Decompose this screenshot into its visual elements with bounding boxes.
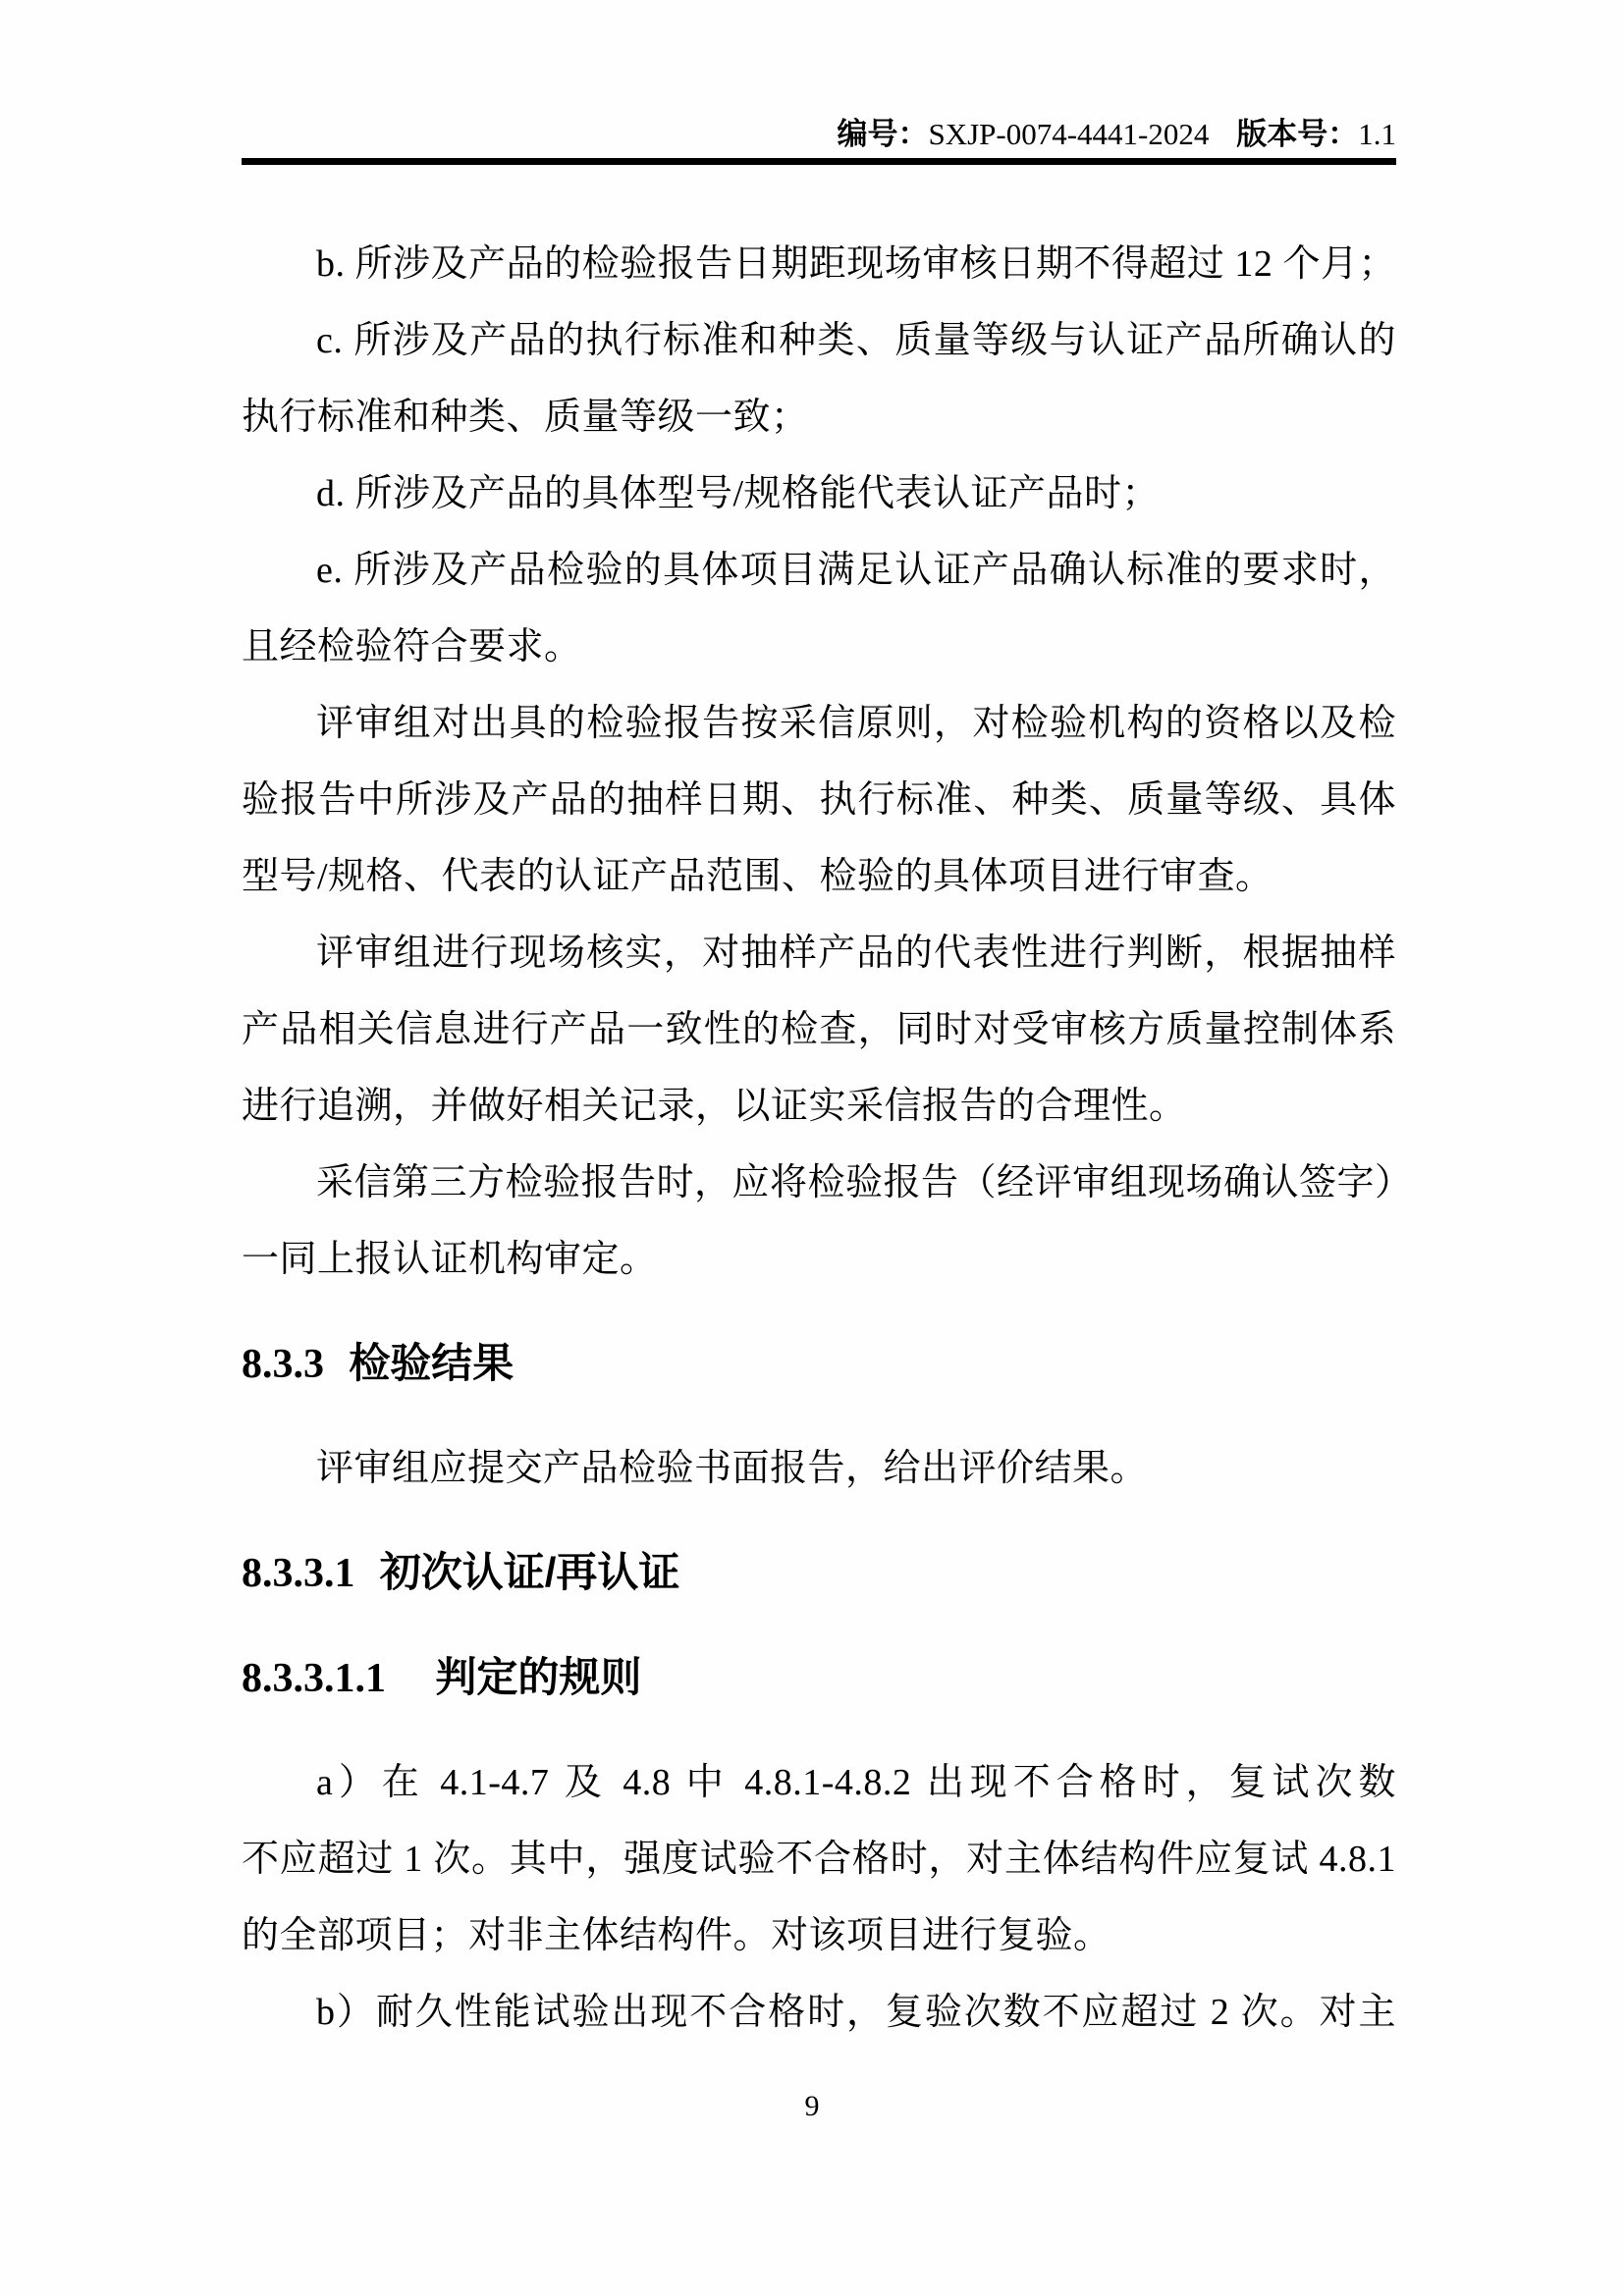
body-line-item-c-1: c. 所涉及产品的执行标准和种类、质量等级与认证产品所确认的: [242, 302, 1396, 379]
heading-number: 8.3.3.1: [242, 1551, 355, 1596]
doc-number-value: SXJP-0074-4441-2024: [928, 117, 1209, 151]
header-rule: [242, 158, 1396, 165]
body-line-review-1: 评审组对出具的检验报告按采信原则，对检验机构的资格以及检: [242, 685, 1396, 762]
body-line-onsite-1: 评审组进行现场核实，对抽样产品的代表性进行判断，根据抽样: [242, 915, 1396, 991]
document-body: b. 所涉及产品的检验报告日期距现场审核日期不得超过 12 个月； c. 所涉及…: [242, 226, 1396, 2051]
heading-number: 8.3.3.1.1: [242, 1656, 386, 1701]
heading-title: 初次认证/再认证: [380, 1549, 680, 1595]
document-page: 编号：SXJP-0074-4441-2024版本号：1.1 b. 所涉及产品的检…: [0, 0, 1624, 2296]
body-line-rule-a-3: 的全部项目；对非主体结构件。对该项目进行复验。: [242, 1897, 1396, 1974]
heading-8-3-3-1: 8.3.3.1初次认证/再认证: [242, 1534, 1396, 1612]
body-line-onsite-3: 进行追溯，并做好相关记录，以证实采信报告的合理性。: [242, 1068, 1396, 1145]
body-line-item-b: b. 所涉及产品的检验报告日期距现场审核日期不得超过 12 个月；: [242, 226, 1396, 302]
page-number: 9: [0, 2087, 1624, 2126]
body-line-review-2: 验报告中所涉及产品的抽样日期、执行标准、种类、质量等级、具体: [242, 762, 1396, 838]
body-line-rule-a-2: 不应超过 1 次。其中，强度试验不合格时，对主体结构件应复试 4.8.1: [242, 1821, 1396, 1897]
version-value: 1.1: [1358, 117, 1396, 151]
body-line-item-e-2: 且经检验符合要求。: [242, 609, 1396, 685]
body-line-rule-a-1: a）在 4.1-4.7 及 4.8 中 4.8.1-4.8.2 出现不合格时，复…: [242, 1744, 1396, 1821]
body-line-onsite-2: 产品相关信息进行产品一致性的检查，同时对受审核方质量控制体系: [242, 991, 1396, 1068]
heading-number: 8.3.3: [242, 1342, 324, 1387]
body-line-item-e-1: e. 所涉及产品检验的具体项目满足认证产品确认标准的要求时，: [242, 532, 1396, 609]
heading-8-3-3: 8.3.3检验结果: [242, 1325, 1396, 1403]
body-line-thirdparty-1: 采信第三方检验报告时，应将检验报告（经评审组现场确认签字）: [242, 1145, 1396, 1221]
body-line-item-d: d. 所涉及产品的具体型号/规格能代表认证产品时；: [242, 455, 1396, 532]
doc-number-label: 编号：: [837, 117, 928, 151]
body-line-report: 评审组应提交产品检验书面报告，给出评价结果。: [242, 1430, 1396, 1507]
version-label: 版本号：: [1236, 117, 1358, 151]
body-line-review-3: 型号/规格、代表的认证产品范围、检验的具体项目进行审查。: [242, 838, 1396, 915]
body-line-item-c-2: 执行标准和种类、质量等级一致；: [242, 379, 1396, 455]
heading-title: 判定的规则: [435, 1654, 641, 1700]
heading-8-3-3-1-1: 8.3.3.1.1判定的规则: [242, 1639, 1396, 1717]
page-header: 编号：SXJP-0074-4441-2024版本号：1.1: [242, 0, 1396, 165]
heading-title: 检验结果: [349, 1340, 514, 1386]
body-line-thirdparty-2: 一同上报认证机构审定。: [242, 1221, 1396, 1298]
header-line: 编号：SXJP-0074-4441-2024版本号：1.1: [242, 0, 1396, 152]
body-line-rule-b: b）耐久性能试验出现不合格时，复验次数不应超过 2 次。对主: [242, 1974, 1396, 2051]
